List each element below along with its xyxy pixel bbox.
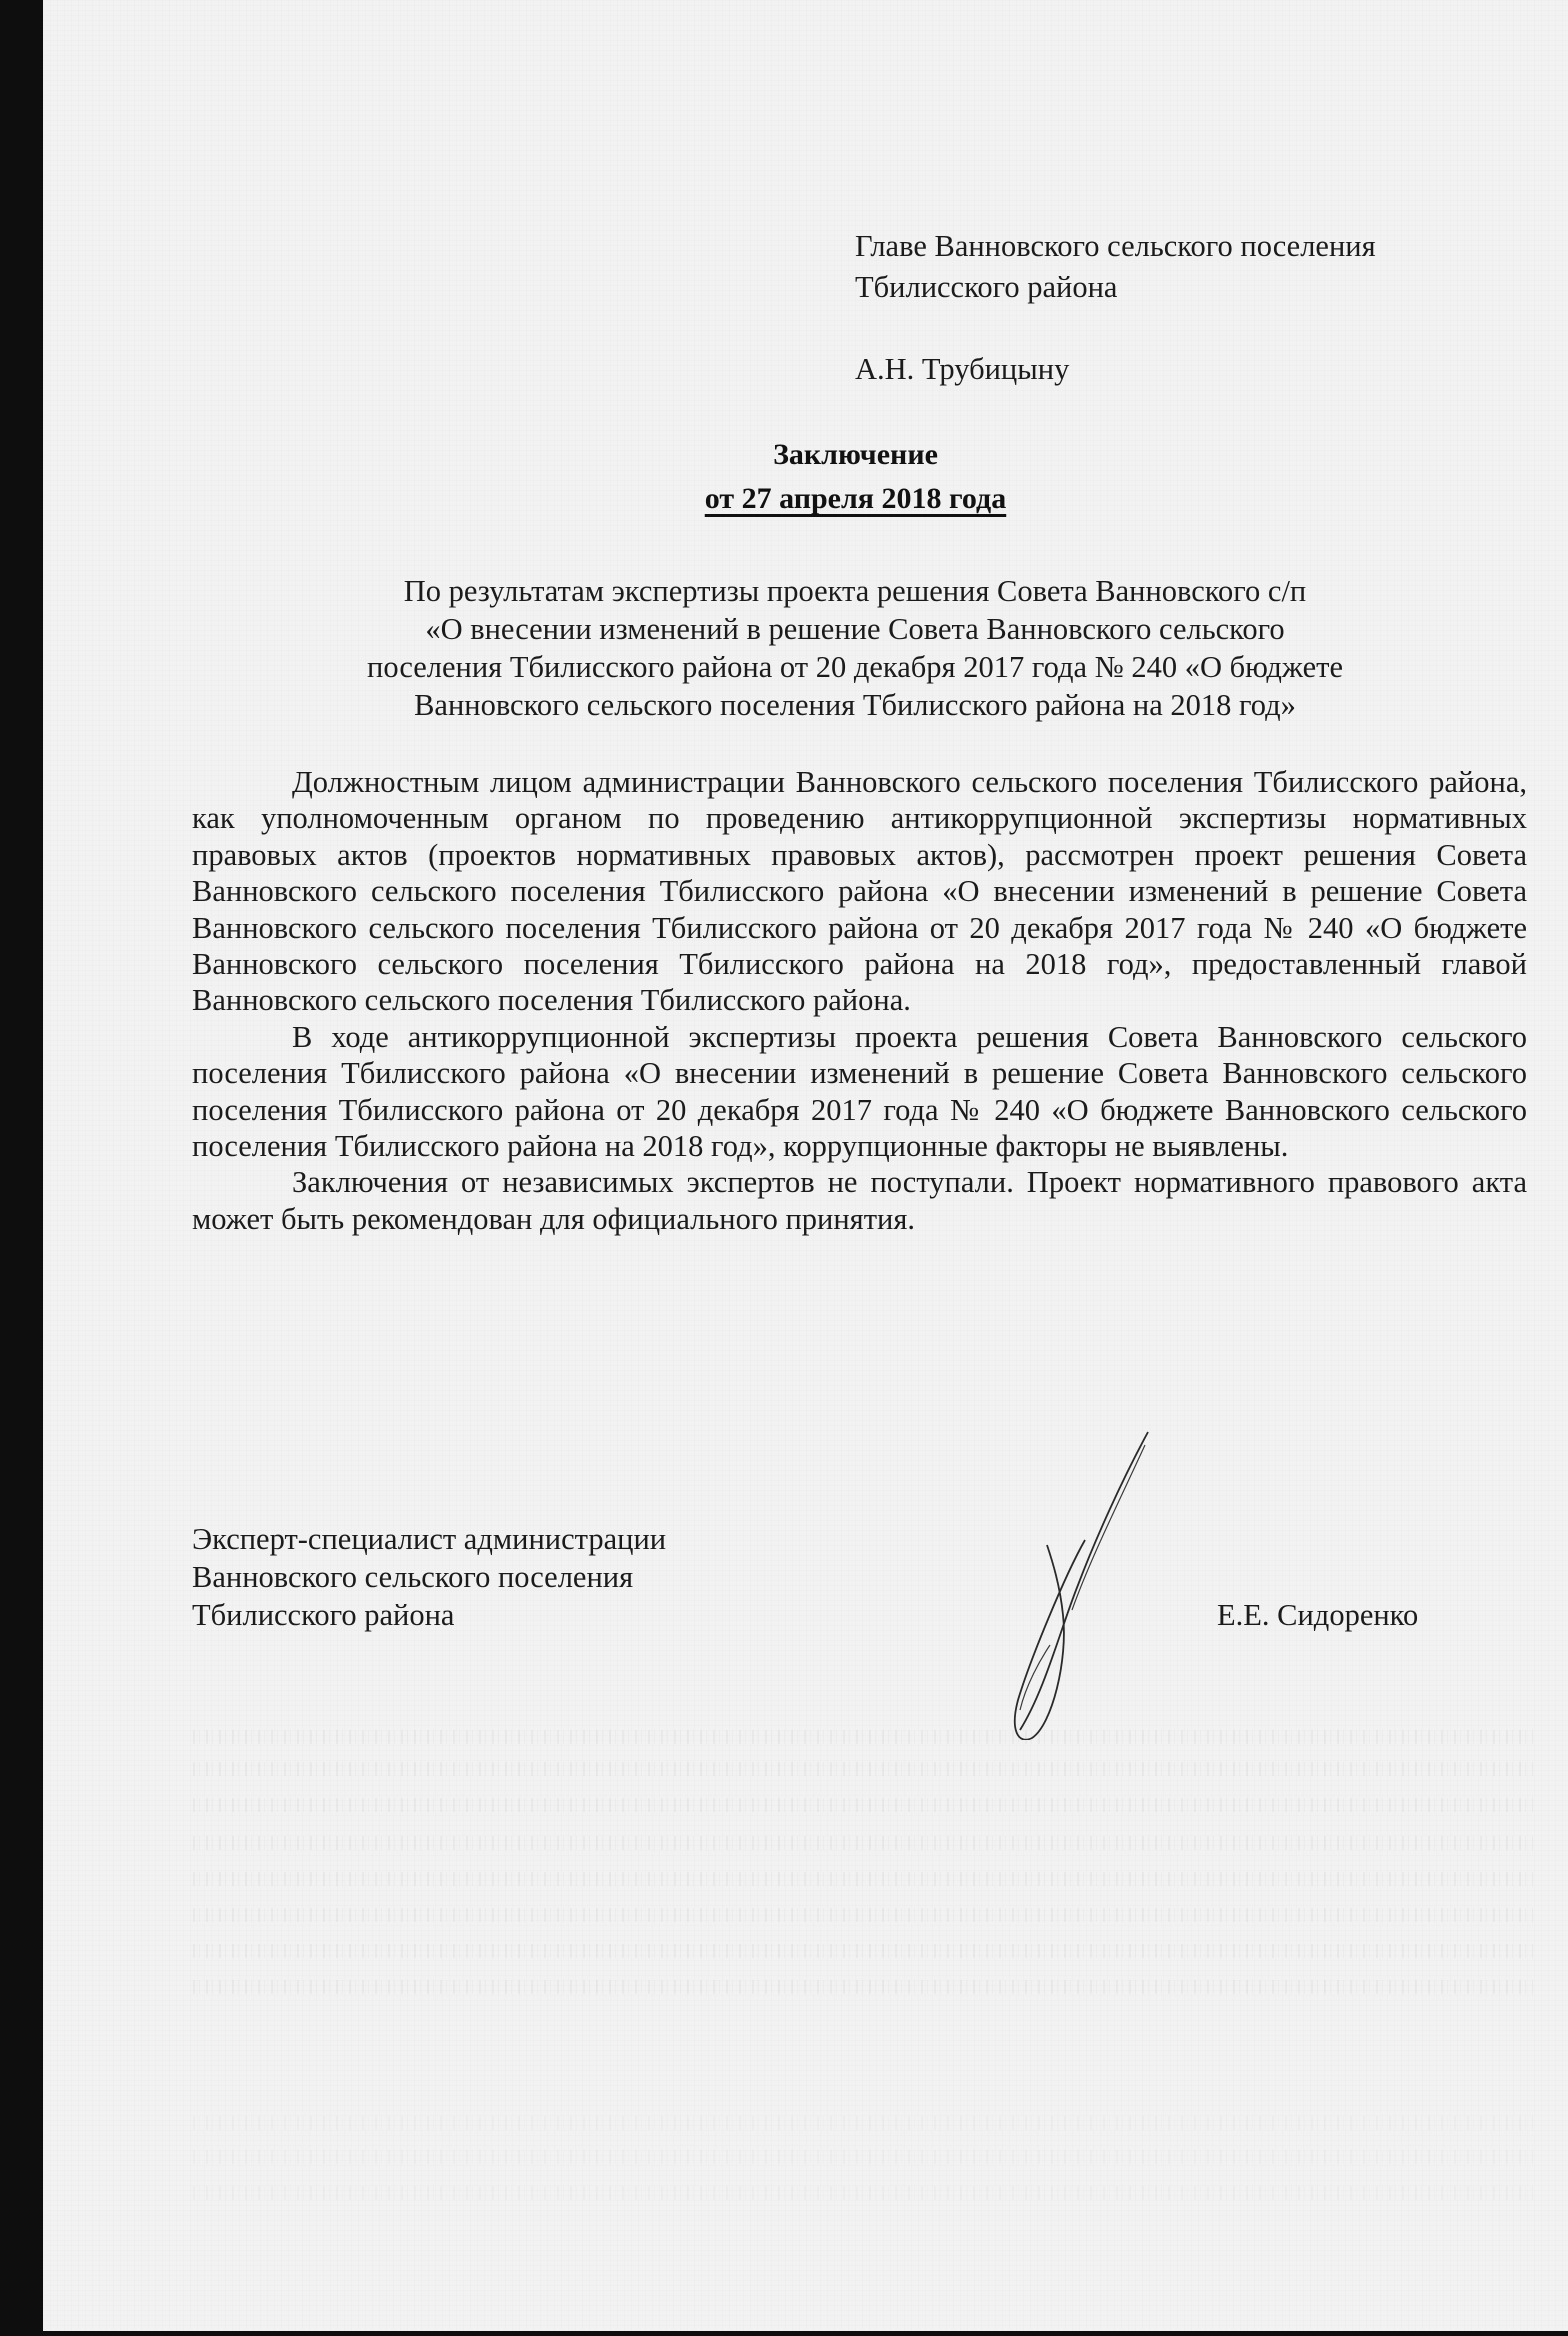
document-subject: По результатам экспертизы проекта решени… (255, 572, 1455, 724)
title-date: от 27 апреля 2018 года (705, 482, 1006, 515)
bleed-through-noise (193, 1798, 1533, 1812)
signer-position-line-2: Ванновского сельского поселения (192, 1558, 666, 1596)
bleed-through-noise (193, 1944, 1533, 1958)
document-body: Должностным лицом администрации Ванновск… (192, 764, 1527, 1237)
addressee-line-1: Главе Ванновского сельского поселения (855, 226, 1376, 267)
handwritten-signature-icon (900, 1400, 1200, 1740)
subject-line-3: поселения Тбилисского района от 20 декаб… (255, 648, 1455, 686)
bleed-through-noise (193, 1980, 1533, 1994)
bleed-through-noise (193, 1908, 1533, 1922)
bleed-through-noise (193, 2186, 1533, 2200)
subject-line-4: Ванновского сельского поселения Тбилисск… (255, 686, 1455, 724)
body-paragraph-3: Заключения от независимых экспертов не п… (192, 1164, 1527, 1237)
bleed-through-noise (193, 2150, 1533, 2164)
addressee-block: Главе Ванновского сельского поселения Тб… (855, 226, 1376, 390)
scan-border-bottom (0, 2331, 1568, 2336)
signer-position-line-1: Эксперт-специалист администрации (192, 1520, 666, 1558)
subject-line-2: «О внесении изменений в решение Совета В… (255, 610, 1455, 648)
bleed-through-noise (193, 1872, 1533, 1886)
signer-position-line-3: Тбилисского района (192, 1596, 666, 1634)
title-heading: Заключение (43, 433, 1568, 477)
document-title: Заключение от 27 апреля 2018 года (43, 433, 1568, 521)
bleed-through-noise (193, 2116, 1533, 2130)
body-paragraph-1: Должностным лицом администрации Ванновск… (192, 764, 1527, 1019)
addressee-name: А.Н. Трубицыну (855, 349, 1376, 390)
bleed-through-noise (193, 1762, 1533, 1776)
signer-name: Е.Е. Сидоренко (1217, 1596, 1418, 1634)
bleed-through-noise (193, 1730, 1533, 1744)
addressee-line-2: Тбилисского района (855, 267, 1376, 308)
body-paragraph-2: В ходе антикоррупционной экспертизы прое… (192, 1019, 1527, 1165)
subject-line-1: По результатам экспертизы проекта решени… (255, 572, 1455, 610)
scan-border-left (0, 0, 43, 2336)
signature-block: Эксперт-специалист администрации Ванновс… (192, 1520, 666, 1634)
bleed-through-noise (193, 1836, 1533, 1850)
